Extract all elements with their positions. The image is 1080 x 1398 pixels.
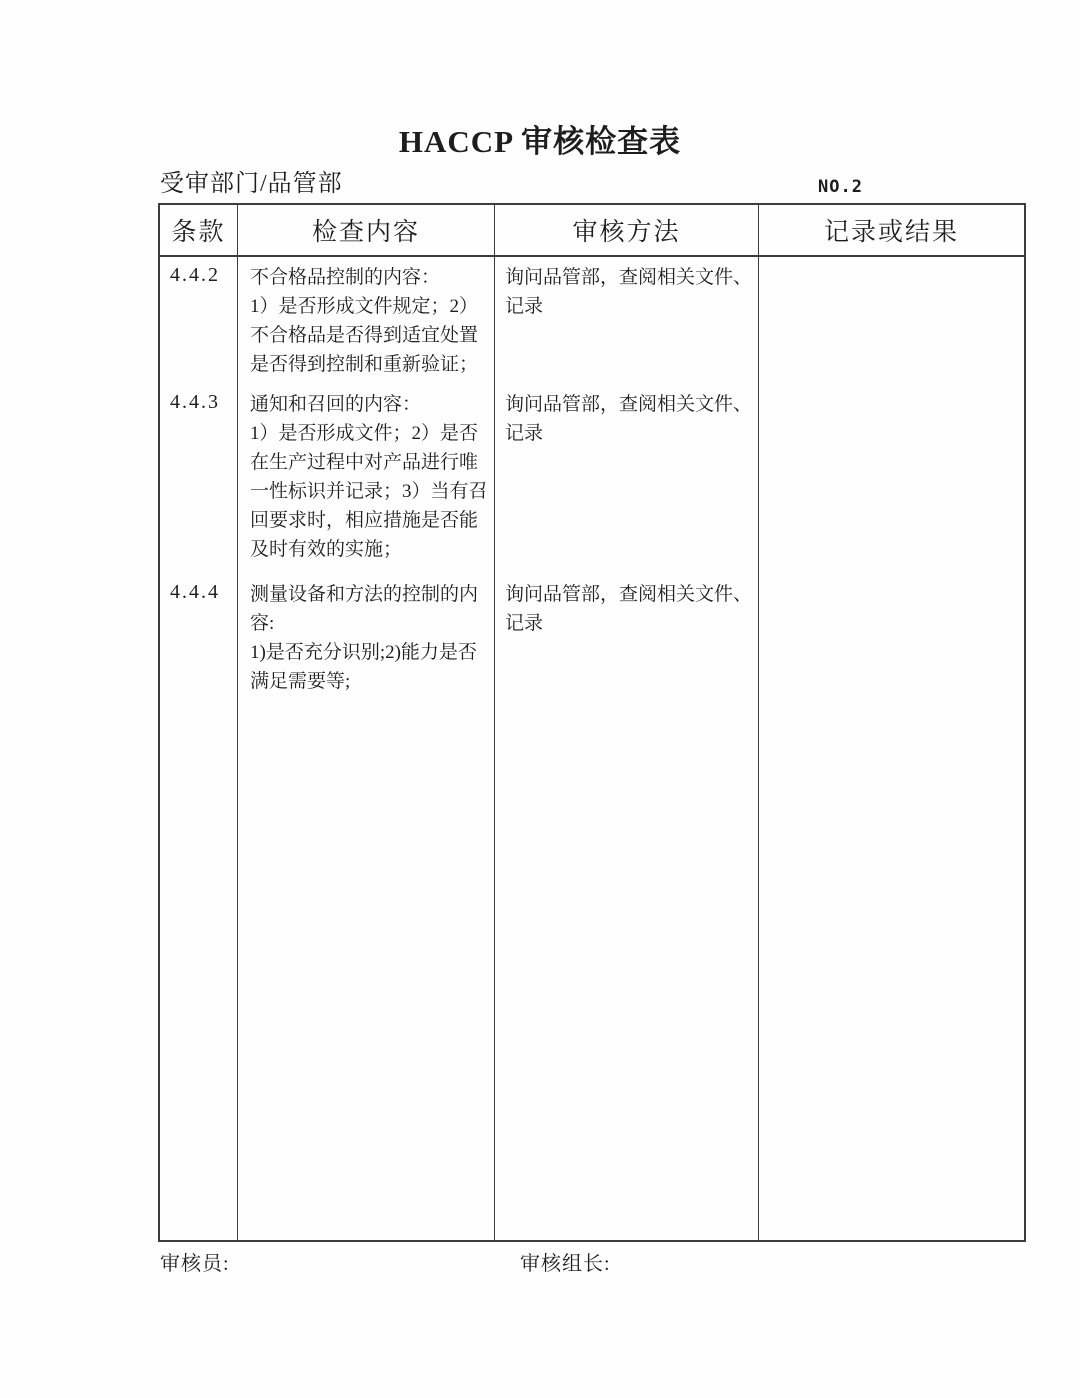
signature-row: 审核员: 审核组长: [158,1247,1026,1277]
table-body: 4.4.2 不合格品控制的内容： 1）是否形成文件规定；2） 不合格品是否得到适… [160,257,1024,1240]
result-cell-444 [759,574,1024,1240]
content-cell-443: 通知和召回的内容： 1）是否形成文件；2）是否 在生产过程中对产品进行唯 一性标… [238,384,495,574]
result-cell-442 [759,257,1024,384]
header-clause: 条款 [160,205,238,255]
audit-checklist-table: 条款 检查内容 审核方法 记录或结果 4.4.2 不合格品控制的内容： 1）是否… [158,203,1026,1242]
result-cell-443 [759,384,1024,574]
team-leader-label: 审核组长: [520,1247,611,1276]
department-label: 受审部门/品管部 [160,163,343,198]
method-cell-443: 询问品管部，查阅相关文件、 记录 [495,384,759,574]
header-result: 记录或结果 [759,205,1024,255]
method-cell-444: 询问品管部，查阅相关文件、 记录 [495,574,759,1240]
content-cell-444: 测量设备和方法的控制的内 容: 1)是否充分识别;2)能力是否 满足需要等; [238,574,495,1240]
table-header-row: 条款 检查内容 审核方法 记录或结果 [160,205,1024,257]
header-content: 检查内容 [238,205,495,255]
subheader: 受审部门/品管部 NO.2 [158,162,1026,200]
auditor-label: 审核员: [160,1247,230,1276]
header-method: 审核方法 [495,205,759,255]
page-title: HACCP 审核检查表 [0,116,1080,161]
clause-cell-442: 4.4.2 [160,257,238,384]
method-cell-442: 询问品管部，查阅相关文件、 记录 [495,257,759,384]
page-number: NO.2 [818,177,863,197]
content-cell-442: 不合格品控制的内容： 1）是否形成文件规定；2） 不合格品是否得到适宜处置 是否… [238,257,495,384]
clause-cell-443: 4.4.3 [160,384,238,574]
clause-cell-444: 4.4.4 [160,574,238,1240]
document-page: HACCP 审核检查表 受审部门/品管部 NO.2 条款 检查内容 审核方法 记… [0,0,1080,1398]
